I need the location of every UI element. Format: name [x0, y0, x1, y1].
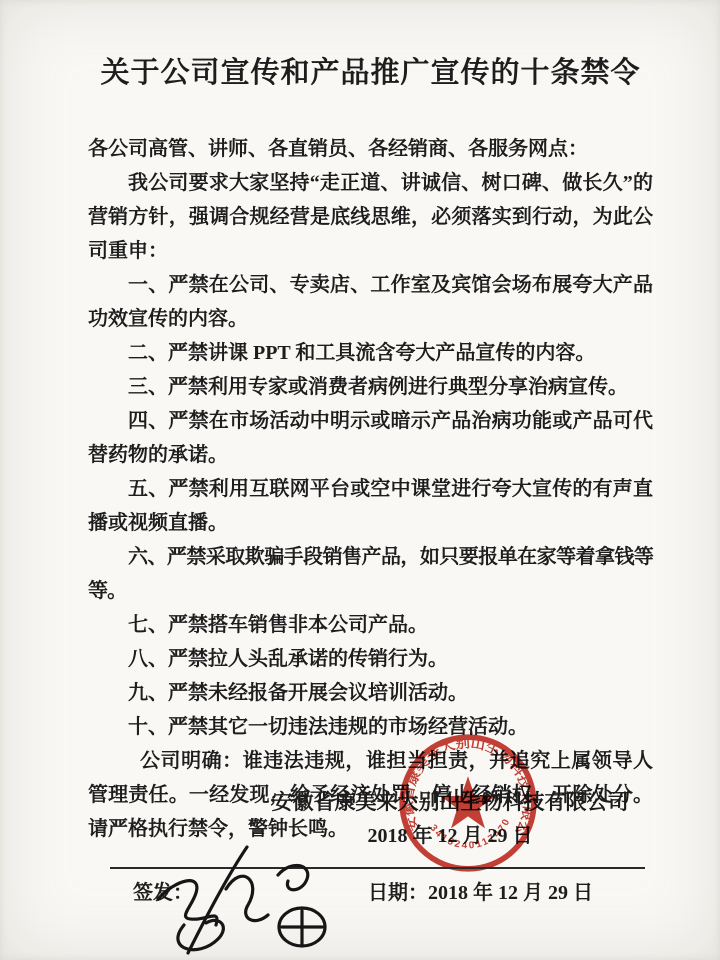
prohibition-item-8: 八、严禁拉人头乱承诺的传销行为。 — [88, 642, 653, 676]
scanned-document-page: 关于公司宣传和产品推广宣传的十条禁令 各公司高管、讲师、各直销员、各经销商、各服… — [0, 0, 720, 960]
prohibition-item-6: 六、严禁采取欺骗手段销售产品，如只要报单在家等着拿钱等等。 — [88, 540, 653, 608]
salutation-line: 各公司高管、讲师、各直销员、各经销商、各服务网点： — [88, 132, 653, 166]
handwritten-signature — [150, 841, 345, 959]
prohibition-item-9: 九、严禁未经报备开展会议培训活动。 — [88, 676, 653, 710]
document-body: 关于公司宣传和产品推广宣传的十条禁令 各公司高管、讲师、各直销员、各经销商、各服… — [0, 0, 720, 846]
prohibition-item-4: 四、严禁在市场活动中明示或暗示产品治病功能或产品可代替药物的承诺。 — [88, 404, 653, 472]
prohibition-item-10: 十、严禁其它一切违法违规的市场经营活动。 — [88, 710, 653, 744]
company-seal-stamp-icon: 安徽省康美来大别山生物科技有限公司 3415240117470 — [396, 731, 540, 875]
document-title: 关于公司宣传和产品推广宣传的十条禁令 — [88, 54, 653, 92]
prohibition-item-5: 五、严禁利用互联网平台或空中课堂进行夸大宣传的有声直播或视频直播。 — [88, 472, 653, 540]
prohibition-item-1: 一、严禁在公司、专卖店、工作室及宾馆会场布展夸大产品功效宣传的内容。 — [88, 268, 653, 336]
seal-star-icon — [441, 776, 496, 828]
date-value: 2018 年 12 月 29 日 — [428, 882, 593, 904]
prohibition-item-7: 七、严禁搭车销售非本公司产品。 — [88, 608, 653, 642]
footer-date-line: 日期：2018 年 12 月 29 日 — [368, 876, 593, 905]
seal-number-text: 3415240117470 — [427, 816, 513, 852]
date-label: 日期： — [368, 882, 428, 904]
intro-paragraph: 我公司要求大家坚持“走正道、讲诚信、树口碑、做长久”的营销方针，强调合规经营是底… — [88, 166, 653, 268]
prohibition-item-2: 二、严禁讲课 PPT 和工具流含夸大产品宣传的内容。 — [88, 336, 653, 370]
prohibition-item-3: 三、严禁利用专家或消费者病例进行典型分享治病宣传。 — [88, 370, 653, 404]
